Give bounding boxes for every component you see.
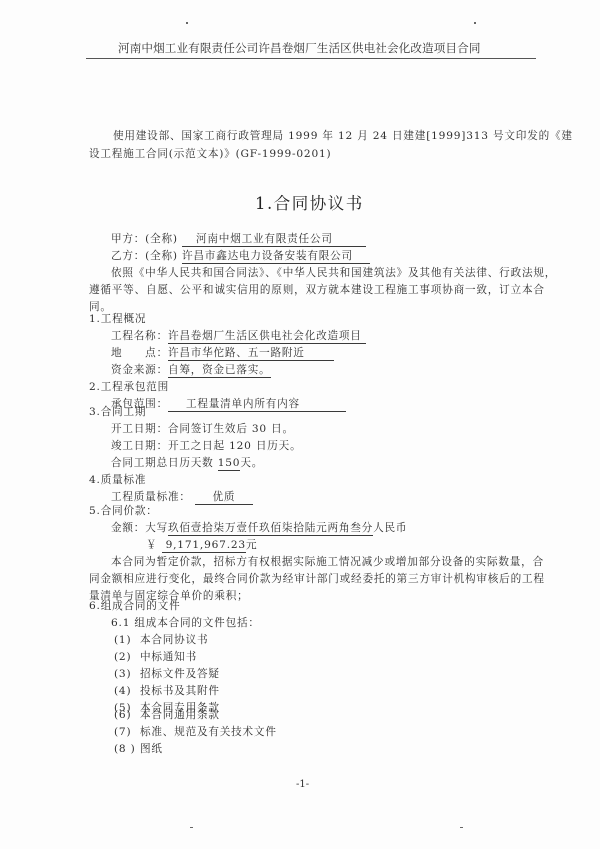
- scan-speck: [190, 827, 193, 828]
- s4-heading: 4.质量标准: [89, 472, 146, 488]
- amount-label: 金额：: [111, 522, 145, 534]
- s1-location: 地 点：许昌市华佗路、五一路附近: [111, 345, 334, 361]
- s6-heading: 6.组成合同的文件: [89, 598, 180, 614]
- total-days-label: 合同工期总日历天数: [111, 457, 214, 469]
- s3-end: 竣工日期：开工之日起 120 日历天。: [111, 438, 301, 454]
- party-a-value: 河南中烟工业有限责任公司: [182, 233, 366, 247]
- start-date-value: 合同签订生效后 30 日。: [168, 423, 294, 435]
- amount-words-value: 玖佰壹拾柒万壹仟玖佰柒拾陆元两角叁分: [168, 522, 373, 536]
- amount-unit: 元: [246, 539, 257, 551]
- section-title: 1.合同协议书: [255, 190, 364, 214]
- header-rule: [86, 58, 536, 59]
- s5-note-line-2: 同金额相应进行变化，最终合同价款为经审计部门或经委托的第三方审计机构审核后的工程: [89, 571, 545, 587]
- party-a-label: 甲方：(全称): [111, 233, 178, 245]
- total-days-suffix: 天。: [240, 457, 263, 469]
- funding-label: 资金来源：: [111, 364, 168, 376]
- party-b: 乙方：(全称) 许昌市鑫达电力设备安装有限公司: [111, 248, 370, 264]
- scope-value: 工程量清单内所有内容: [168, 398, 346, 412]
- amount-number-value: 9,171,967.23: [162, 539, 246, 553]
- s2-heading: 2.工程承包范围: [89, 379, 169, 395]
- doc-list-item: (7)标准、规范及有关技术文件: [114, 724, 277, 740]
- funding-value: 自筹，资金已落实。: [168, 364, 271, 378]
- end-date-value: 开工之日起 120 日历天。: [168, 440, 302, 452]
- doc-list-item: (4)投标书及其附件: [114, 683, 220, 699]
- quality-value: 优质: [195, 491, 253, 505]
- party-a: 甲方：(全称) 河南中烟工业有限责任公司: [111, 231, 366, 247]
- basis-line-1: 依照《中华人民共和国合同法》、《中华人民共和国建筑法》及其他有关法律、行政法规，: [111, 265, 556, 281]
- running-header: 河南中烟工业有限责任公司许昌卷烟厂生活区供电社会化改造项目合同: [118, 40, 481, 56]
- yuan-symbol: ￥: [146, 539, 157, 551]
- quality-label: 工程质量标准：: [111, 491, 191, 503]
- location-label: 地 点：: [111, 347, 168, 359]
- total-days-value: 150: [218, 457, 241, 471]
- basis-line-2: 遵循平等、自愿、公平和诚实信用的原则，双方就本建设工程施工事项协商一致，订立本合: [89, 282, 545, 298]
- project-name-label: 工程名称：: [111, 330, 168, 342]
- s5-note-line-1: 本合同为暂定价款，招标方有权根据实际施工情况减少或增加部分设备的实际数量，合: [111, 554, 544, 570]
- project-name-value: 许昌卷烟厂生活区供电社会化改造项目: [168, 330, 366, 344]
- s5-amount-number: ￥ 9,171,967.23元: [146, 537, 257, 553]
- scan-speck: [186, 22, 188, 24]
- party-b-label: 乙方：(全称): [111, 250, 178, 262]
- end-date-label: 竣工日期：: [111, 440, 168, 452]
- s3-heading: 3.合同工期: [89, 404, 146, 420]
- preamble-line-1: 使用建设部、国家工商行政管理局 1999 年 12 月 24 日建建[1999]…: [113, 128, 573, 144]
- s5-heading: 5.合同价款：: [89, 503, 158, 519]
- doc-list-item: (8 )图纸: [114, 741, 163, 757]
- doc-list-item: (6)本合同通用条款: [114, 707, 220, 723]
- page-number: -1-: [296, 779, 309, 790]
- location-value: 许昌市华佗路、五一路附近: [168, 347, 334, 361]
- s3-start: 开工日期：合同签订生效后 30 日。: [111, 421, 294, 437]
- scan-speck: [474, 22, 476, 24]
- s5-amount-words: 金额：大写玖佰壹拾柒万壹仟玖佰柒拾陆元两角叁分人民币: [111, 520, 407, 536]
- doc-list-item: (2)中标通知书: [114, 649, 197, 665]
- scan-speck: [460, 827, 463, 828]
- start-date-label: 开工日期：: [111, 423, 168, 435]
- amount-words-prefix: 大写: [145, 522, 168, 534]
- doc-list-item: (1)本合同协议书: [114, 632, 208, 648]
- s1-project-name: 工程名称：许昌卷烟厂生活区供电社会化改造项目: [111, 328, 366, 344]
- doc-list-item: (3)招标文件及答疑: [114, 666, 220, 682]
- s3-total: 合同工期总日历天数 150天。: [111, 455, 263, 471]
- preamble-line-2: 设工程施工合同(示范文本)》(GF-1999-0201): [89, 146, 331, 162]
- amount-currency: 人民币: [373, 522, 407, 534]
- party-b-value: 许昌市鑫达电力设备安装有限公司: [182, 250, 370, 264]
- s1-heading: 1.工程概况: [89, 311, 146, 327]
- s6-intro: 6.1 组成本合同的文件包括：: [111, 615, 260, 631]
- s1-funding: 资金来源：自筹，资金已落实。: [111, 362, 271, 378]
